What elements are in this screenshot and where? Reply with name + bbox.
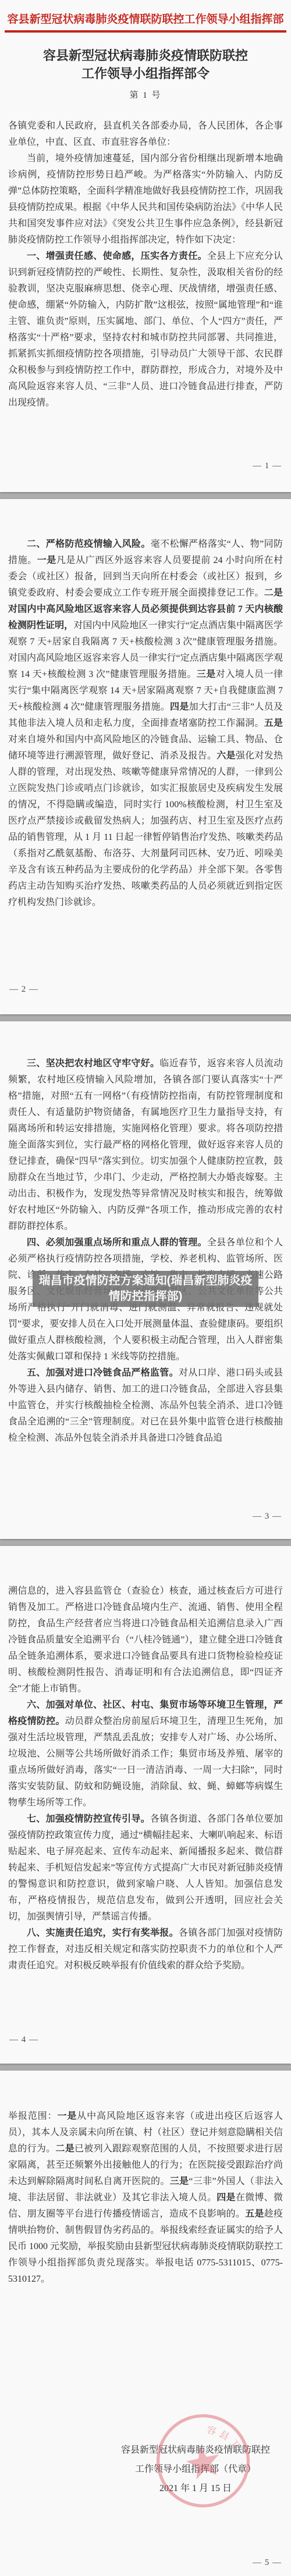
paragraph: 六、加强对单位、社区、村屯、集贸市场等环境卫生管理，严格疫情防控。动员群众整治房… [8, 1697, 283, 1811]
paragraph: 当前，境外疫情加速蔓延，国内部分省份相继出现新增本地确诊病例，疫情防控形势日趋严… [8, 151, 283, 248]
text-segment: 一是 [37, 555, 56, 565]
scanned-document: 容县新型冠状病毒肺炎疫情联防联控工作领导小组指挥部容县新型冠状病毒肺炎疫情联防联… [0, 0, 291, 2576]
page-3: 三、坚决把农村地区守牢守好。临近春节，返容来容人员流动频繁，农村地区疫情输入风险… [0, 1021, 291, 1539]
text-segment: 二、严格防范疫情输入风险。 [27, 539, 151, 549]
text-segment: 各镇党委和人民政府，县直机关各部委办局，各人民团体，各企事业单位，中直、区直、市… [8, 121, 283, 147]
text-segment: 五是 [245, 2209, 264, 2219]
paragraph: 举报范围：一是从中高风险地区返容来容（或进出疫区后返容人员），其本人及亲属未向所… [8, 2108, 283, 2288]
signature-line1: 容县新型冠状病毒肺炎疫情联防联控 [108, 2440, 283, 2460]
text-segment: 溯信息的，进入容县监管仓（查验仓）核查，通过核查后方可进行销售及加工。严格进口冷… [8, 1586, 283, 1694]
paragraph: 一、增强责任感、使命感，压实各方责任。全县上下应充分认识到新冠疫情防控的严峻性、… [8, 248, 283, 411]
text-segment: 举报范围： [8, 2111, 57, 2121]
page-2: 二、严格防范疫情输入风险。毫不松懈严格落实“人、物”同防措施。一是凡是从广西区外… [0, 499, 291, 1014]
text-segment: 对从口岸、港口码头或县外等进入县内储存、销售、加工的进口冷链食品，全部进入容县集… [8, 1368, 283, 1443]
text-segment: 临近春节，返容来容人员流动频繁，农村地区疫情输入风险增加，各镇各部门要认真落实“… [8, 1059, 283, 1231]
document-title: 容县新型冠状病毒肺炎疫情联防联控工作领导小组指挥部令 [0, 47, 291, 83]
page-body: 举报范围：一是从中高风险地区返容来容（或进出疫区后返容人员），其本人及亲属未向所… [0, 2071, 291, 2288]
page-number: — 4 — [9, 2035, 38, 2045]
text-segment: 五、加强对进口冷链食品严格监管。 [27, 1368, 179, 1378]
signature-date: 2021 年 1 月 15 日 [108, 2479, 283, 2498]
page-number: — 2 — [9, 985, 38, 995]
text-segment: 二是 [55, 2144, 74, 2154]
text-segment: 一是 [57, 2111, 77, 2121]
paragraph: 各镇党委和人民政府，县直机关各部委办局，各人民团体，各企事业单位，中直、区直、市… [8, 118, 283, 151]
document-title-line1: 容县新型冠状病毒肺炎疫情联防联控 [0, 47, 291, 65]
text-segment: 各镇各街道、各部门各单位要加强疫情防控政策宣传力度，通过“横幅挂起来、大喇叭响起… [8, 1814, 283, 1922]
text-segment: 四是 [170, 702, 189, 712]
paragraph: 二、严格防范疫情输入风险。毫不松懈严格落实“人、物”同防措施。一是凡是从广西区外… [8, 536, 283, 911]
paragraph: 七、加强疫情防控宣传引导。各镇各街道、各部门各单位要加强疫情防控政策宣传力度，通… [8, 1811, 283, 1925]
page-number: — 1 — [253, 461, 282, 471]
text-segment: 趁疫情哄抬物价、制售假冒伪劣药品的。举报线索经查证属实的给予人民币 1000 元… [8, 2209, 283, 2284]
text-segment: 三是 [197, 669, 216, 679]
text-segment: 五是 [264, 718, 283, 728]
text-segment: 当前，境外疫情加速蔓延，国内部分省份相继出现新增本地确诊病例，疫情防控形势日趋严… [8, 154, 283, 245]
text-segment: 七、加强疫情防控宣传引导。 [27, 1814, 150, 1824]
text-segment: 强化对发热人群的管理，对出现发热、咳嗽等健康异常情况的人群，一律到公立医院发热门… [8, 751, 283, 907]
text-segment: 三是 [170, 2176, 189, 2186]
signature-block: 容县新型冠状病毒肺炎疫情联防联控工作领导小组指挥部（代章）2021 年 1 月 … [108, 2440, 283, 2498]
text-segment: 四、必须加强重点场所和重点人群的管理。 [27, 1238, 207, 1248]
page-number: — 3 — [253, 1512, 282, 1522]
text-segment: 全县上下应充分认识到新冠疫情防控的严峻性、长期性、复杂性，汲取相关省份的经验教训… [8, 251, 283, 408]
text-segment: 动员群众整治房前屋后环境卫生，清理卫生死角，加强对生活垃圾管理，严禁乱丢乱放；安… [8, 1716, 283, 1808]
page-1: 容县新型冠状病毒肺炎疫情联防联控工作领导小组指挥部容县新型冠状病毒肺炎疫情联防联… [0, 0, 291, 492]
text-segment: 四是 [217, 2193, 236, 2203]
page-4: 溯信息的，进入容县监管仓（查验仓）核查，通过核查后方可进行销售及加工。严格进口冷… [0, 1546, 291, 2064]
text-segment: 三、坚决把农村地区守牢守好。 [27, 1059, 159, 1068]
watermark-overlay: 瑞昌市疫情防控方案通知(瑞昌新型肺炎疫情防控指挥部) [33, 1271, 258, 1307]
page-body: 溯信息的，进入容县监管仓（查验仓）核查，通过核查后方可进行销售及加工。严格进口冷… [0, 1546, 291, 1974]
page-body: 各镇党委和人民政府，县直机关各部委办局，各人民团体，各企事业单位，中直、区直、市… [0, 101, 291, 411]
paragraph: 八、实施责任追究，实行有奖举报。各镇各部门加强对疫情防控工作督查，对违反相关规定… [8, 1925, 283, 1974]
text-segment: 六是 [217, 751, 236, 761]
page-body: 二、严格防范疫情输入风险。毫不松懈严格落实“人、物”同防措施。一是凡是从广西区外… [0, 499, 291, 911]
document-number: 第 1 号 [0, 88, 291, 101]
paragraph: 三、坚决把农村地区守牢守好。临近春节，返容来容人员流动频繁，农村地区疫情输入风险… [8, 1056, 283, 1235]
text-segment: 一、增强责任感、使命感，压实各方责任。 [27, 251, 207, 261]
page-5: 举报范围：一是从中高风险地区返容来容（或进出疫区后返容人员），其本人及亲属未向所… [0, 2071, 291, 2576]
issuer-banner: 容县新型冠状病毒肺炎疫情联防联控工作领导小组指挥部 [0, 0, 291, 26]
signature-line2: 工作领导小组指挥部（代章） [108, 2460, 283, 2479]
document-title-line2: 工作领导小组指挥部令 [0, 65, 291, 83]
paragraph: 溯信息的，进入容县监管仓（查验仓）核查，通过核查后方可进行销售及加工。严格进口冷… [8, 1583, 283, 1697]
paragraph: 五、加强对进口冷链食品严格监管。对从口岸、港口码头或县外等进入县内储存、销售、加… [8, 1365, 283, 1446]
banner-underline [5, 30, 286, 33]
page-number: — 5 — [253, 2558, 282, 2568]
page-body: 三、坚决把农村地区守牢守好。临近春节，返容来容人员流动频繁，农村地区疫情输入风险… [0, 1021, 291, 1446]
text-segment: 八、实施责任追究，实行有奖举报。 [27, 1928, 179, 1938]
watermark-text: 瑞昌市疫情防控方案通知(瑞昌新型肺炎疫情防控指挥部) [36, 1273, 255, 1305]
